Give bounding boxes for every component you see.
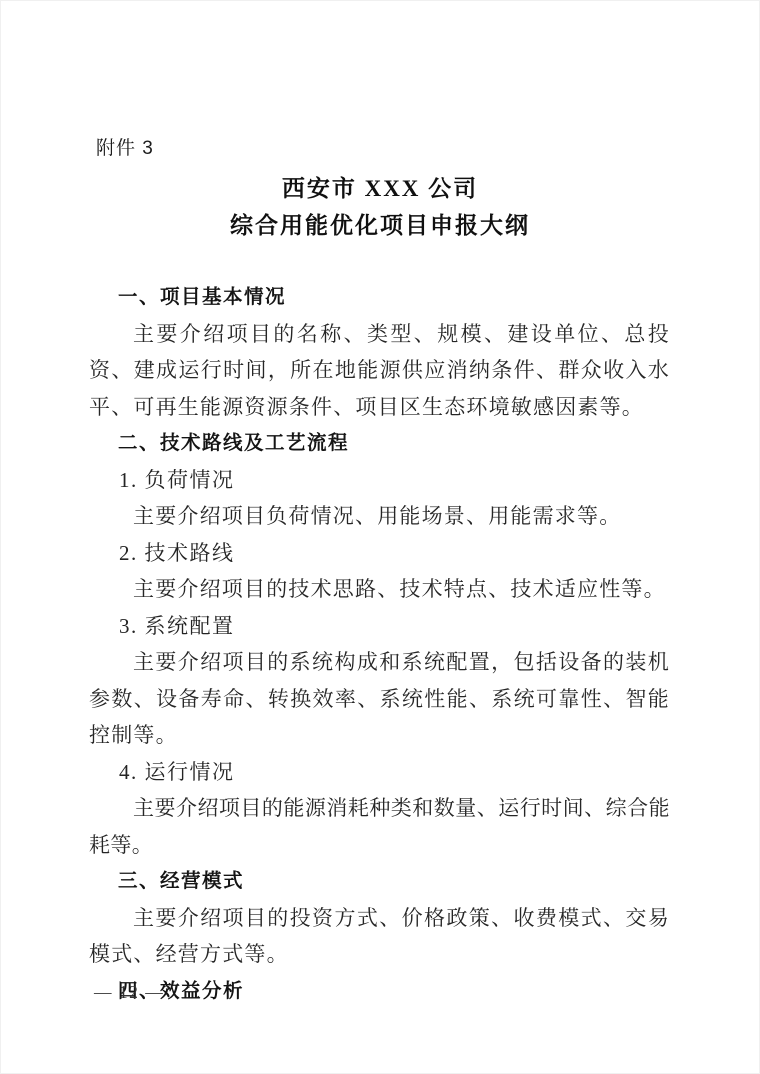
sub-item-heading-4: 4. 运行情况 bbox=[89, 754, 670, 791]
title-line-1: 西安市 XXX 公司 bbox=[1, 170, 759, 207]
page-number: — 12 — bbox=[94, 982, 164, 1003]
section-heading-2: 二、技术路线及工艺流程 bbox=[89, 425, 670, 462]
body-paragraph: 主要介绍项目负荷情况、用能场景、用能需求等。 bbox=[89, 498, 670, 535]
body-paragraph: 主要介绍项目的名称、类型、规模、建设单位、总投资、建成运行时间，所在地能源供应消… bbox=[89, 316, 670, 426]
body-paragraph: 主要介绍项目的能源消耗种类和数量、运行时间、综合能耗等。 bbox=[89, 790, 670, 863]
sub-item-heading-3: 3. 系统配置 bbox=[89, 608, 670, 645]
body-paragraph: 主要介绍项目的系统构成和系统配置，包括设备的装机参数、设备寿命、转换效率、系统性… bbox=[89, 644, 670, 754]
section-heading-4: 四、效益分析 bbox=[89, 973, 670, 1010]
sub-item-heading-2: 2. 技术路线 bbox=[89, 535, 670, 572]
document-page: 附件 3 西安市 XXX 公司 综合用能优化项目申报大纲 一、项目基本情况 主要… bbox=[0, 0, 760, 1074]
body-paragraph: 主要介绍项目的投资方式、价格政策、收费模式、交易模式、经营方式等。 bbox=[89, 900, 670, 973]
body-paragraph: 主要介绍项目的技术思路、技术特点、技术适应性等。 bbox=[89, 571, 670, 608]
title-line-2: 综合用能优化项目申报大纲 bbox=[1, 207, 759, 244]
document-body: 一、项目基本情况 主要介绍项目的名称、类型、规模、建设单位、总投资、建成运行时间… bbox=[89, 279, 670, 1009]
sub-item-heading-1: 1. 负荷情况 bbox=[89, 462, 670, 499]
section-heading-1: 一、项目基本情况 bbox=[89, 279, 670, 316]
attachment-label: 附件 3 bbox=[96, 133, 154, 160]
document-title: 西安市 XXX 公司 综合用能优化项目申报大纲 bbox=[1, 170, 759, 244]
section-heading-3: 三、经营模式 bbox=[89, 863, 670, 900]
